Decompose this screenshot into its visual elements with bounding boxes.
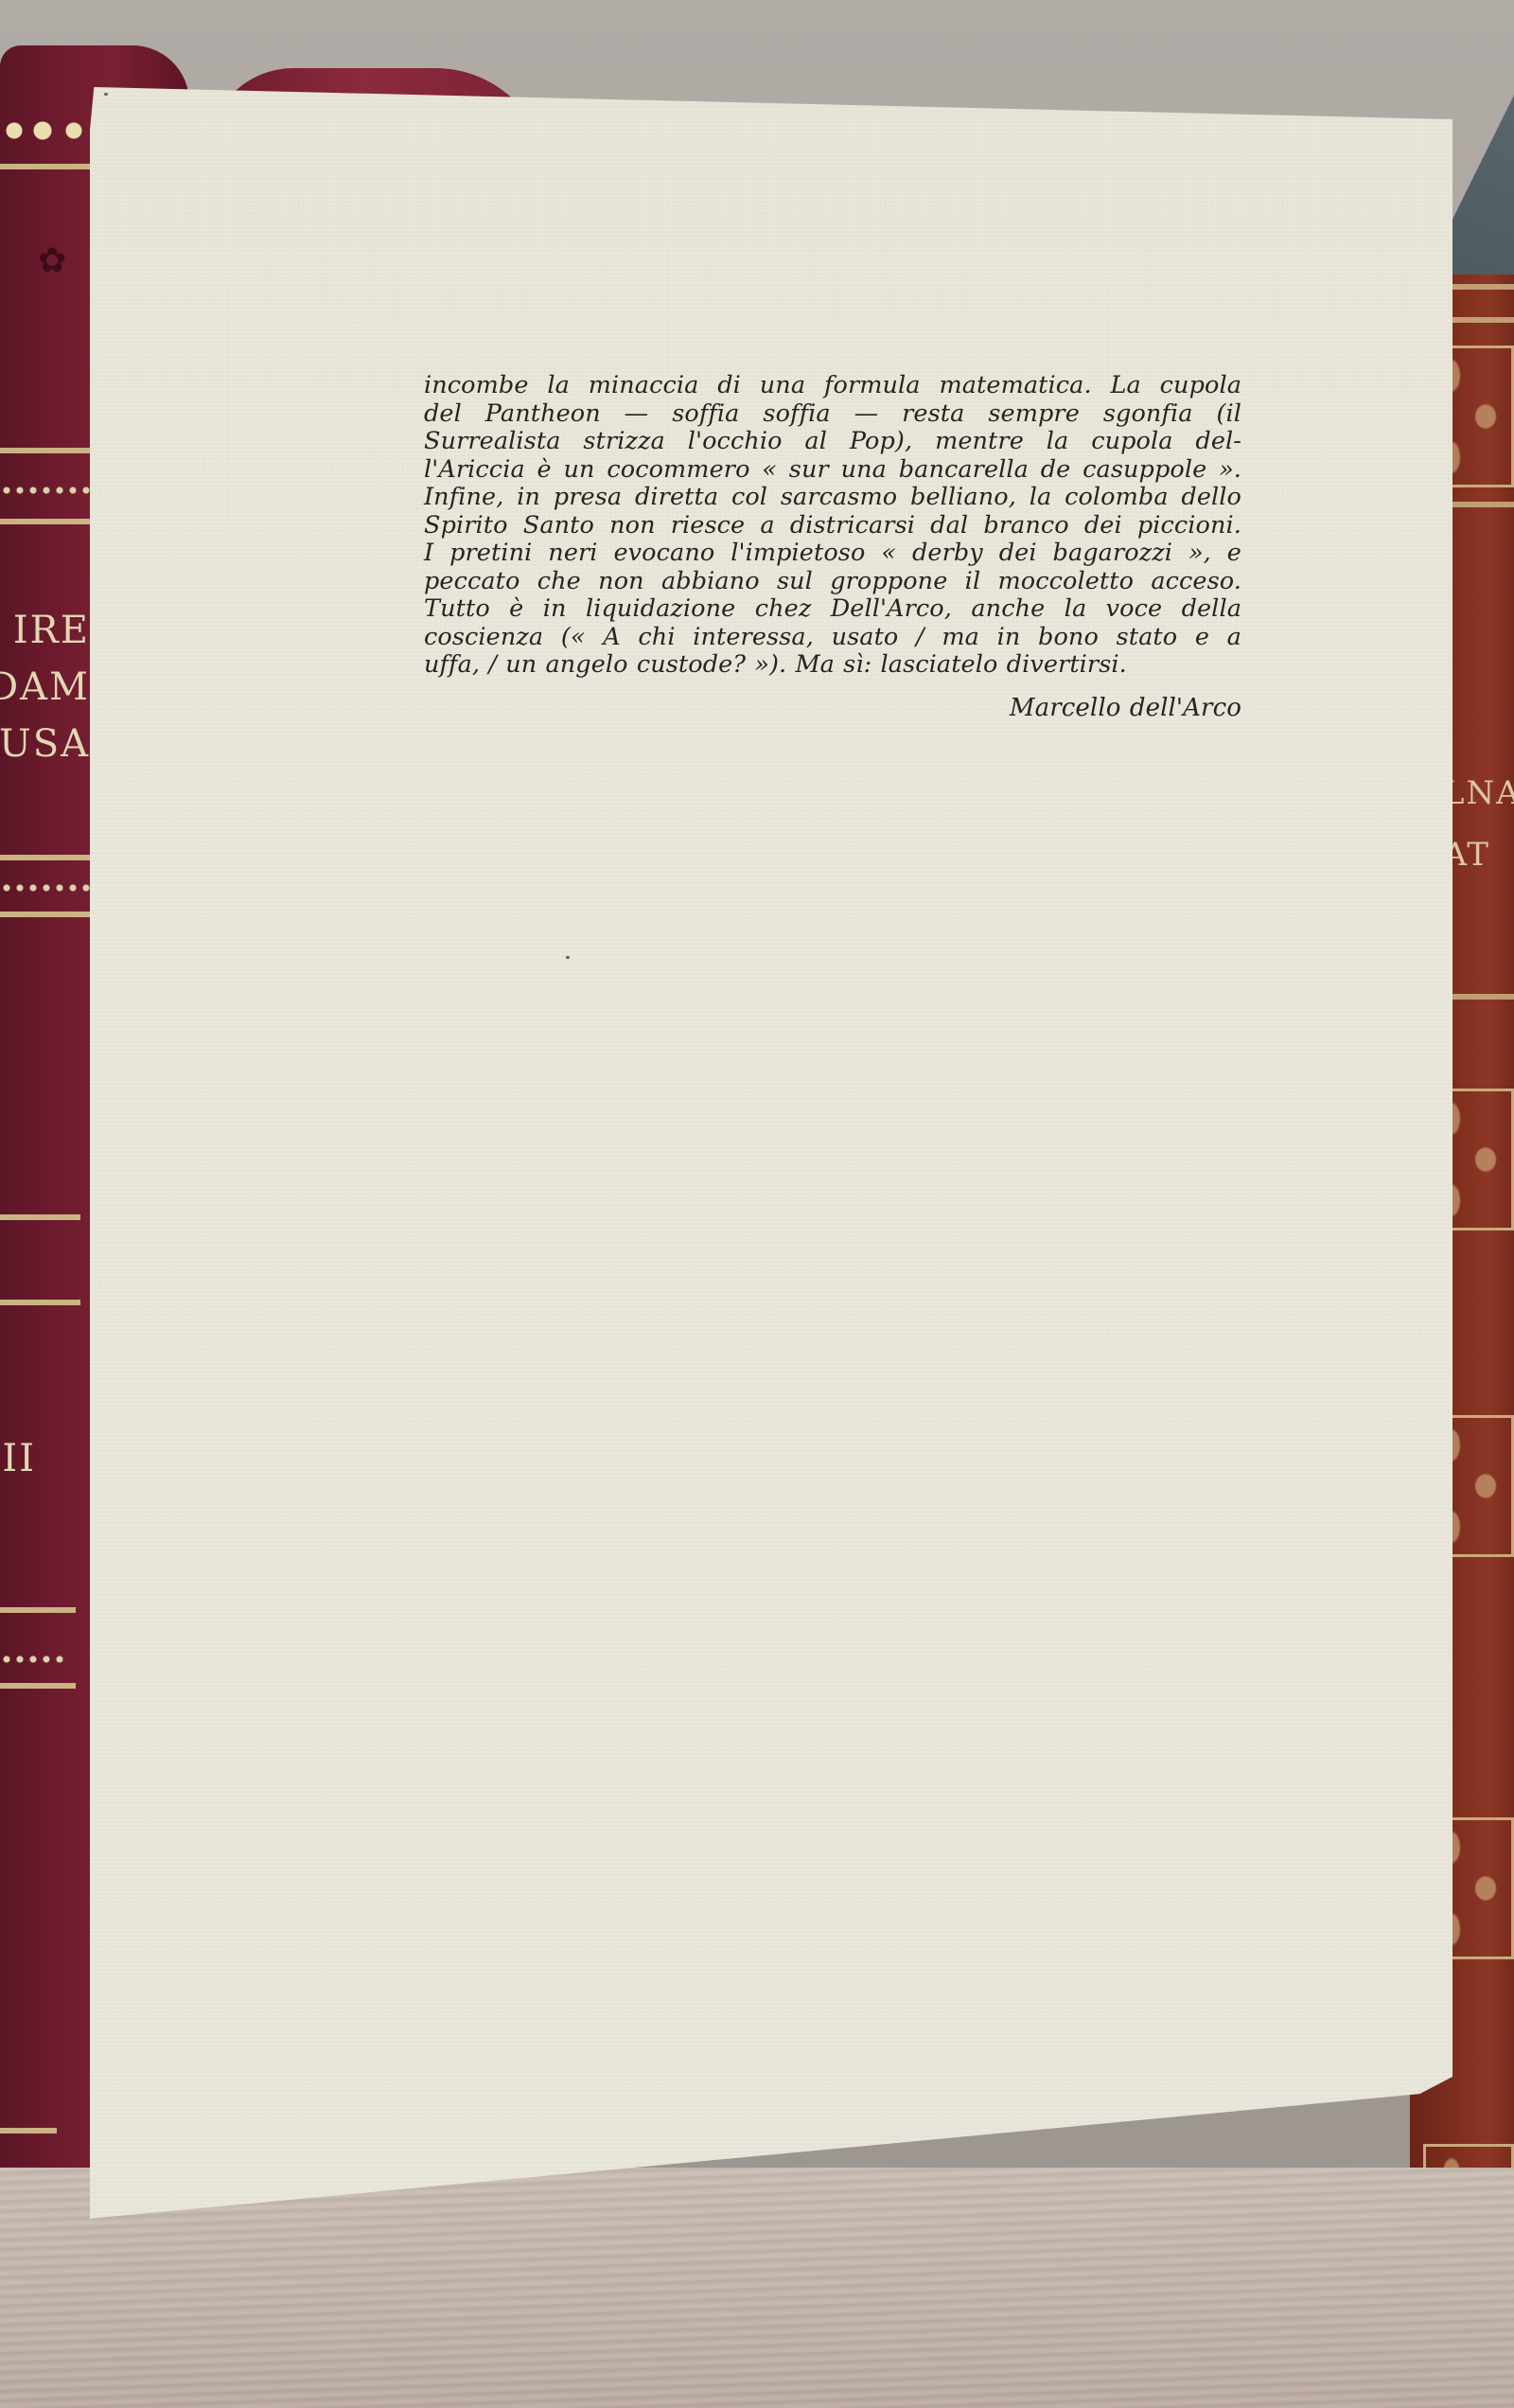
gilt-ornament [0,102,95,161]
gilt-band [0,164,95,169]
paper-speck [566,956,570,959]
spine-title-line: DAM [0,661,90,714]
gilt-band [0,912,90,917]
page-text-block: incombe la minaccia di una formula matem… [424,372,1241,722]
text-line: incombe la minaccia di una formula matem… [424,372,1241,400]
paper-speck [104,93,108,96]
gilt-dots [0,883,95,893]
gilt-dots [0,486,95,495]
gilt-band [0,1214,80,1220]
spine-emblem: ✿ [38,235,68,288]
text-line: peccato che non abbiano sul groppone il … [424,568,1241,596]
text-line: Spirito Santo non riesce a districarsi d… [424,512,1241,540]
text-line: Tutto è in liquidazione chez Dell'Arco, … [424,595,1241,624]
text-lines: incombe la minaccia di una formula matem… [424,372,1241,680]
gilt-band [0,448,90,453]
text-line: uffa, / un angelo custode? »). Ma sì: la… [424,651,1241,680]
text-line: l'Ariccia è un cocommero « sur una banca… [424,456,1241,485]
gilt-band [0,2128,57,2134]
gilt-dots [0,1655,66,1664]
gilt-band [0,519,90,524]
text-line: del Pantheon — soffia soffia — resta sem… [424,400,1241,429]
spine-title-line: IRE [0,604,90,657]
gilt-band [0,855,90,860]
text-line: coscienza (« A chi interessa, usato / ma… [424,624,1241,652]
author-signature: Marcello dell'Arco [424,695,1241,723]
text-line: I pretini neri evocano l'impietoso « der… [424,540,1241,568]
spine-volume-number: II [0,1432,36,1485]
gilt-band [0,1300,80,1305]
gilt-band [0,1607,76,1613]
spine-title-line: USA [0,717,90,770]
gilt-band [0,1683,76,1689]
text-line: Infine, in presa diretta col sarcasmo be… [424,484,1241,512]
text-line: Surrealista strizza l'occhio al Pop), me… [424,428,1241,456]
